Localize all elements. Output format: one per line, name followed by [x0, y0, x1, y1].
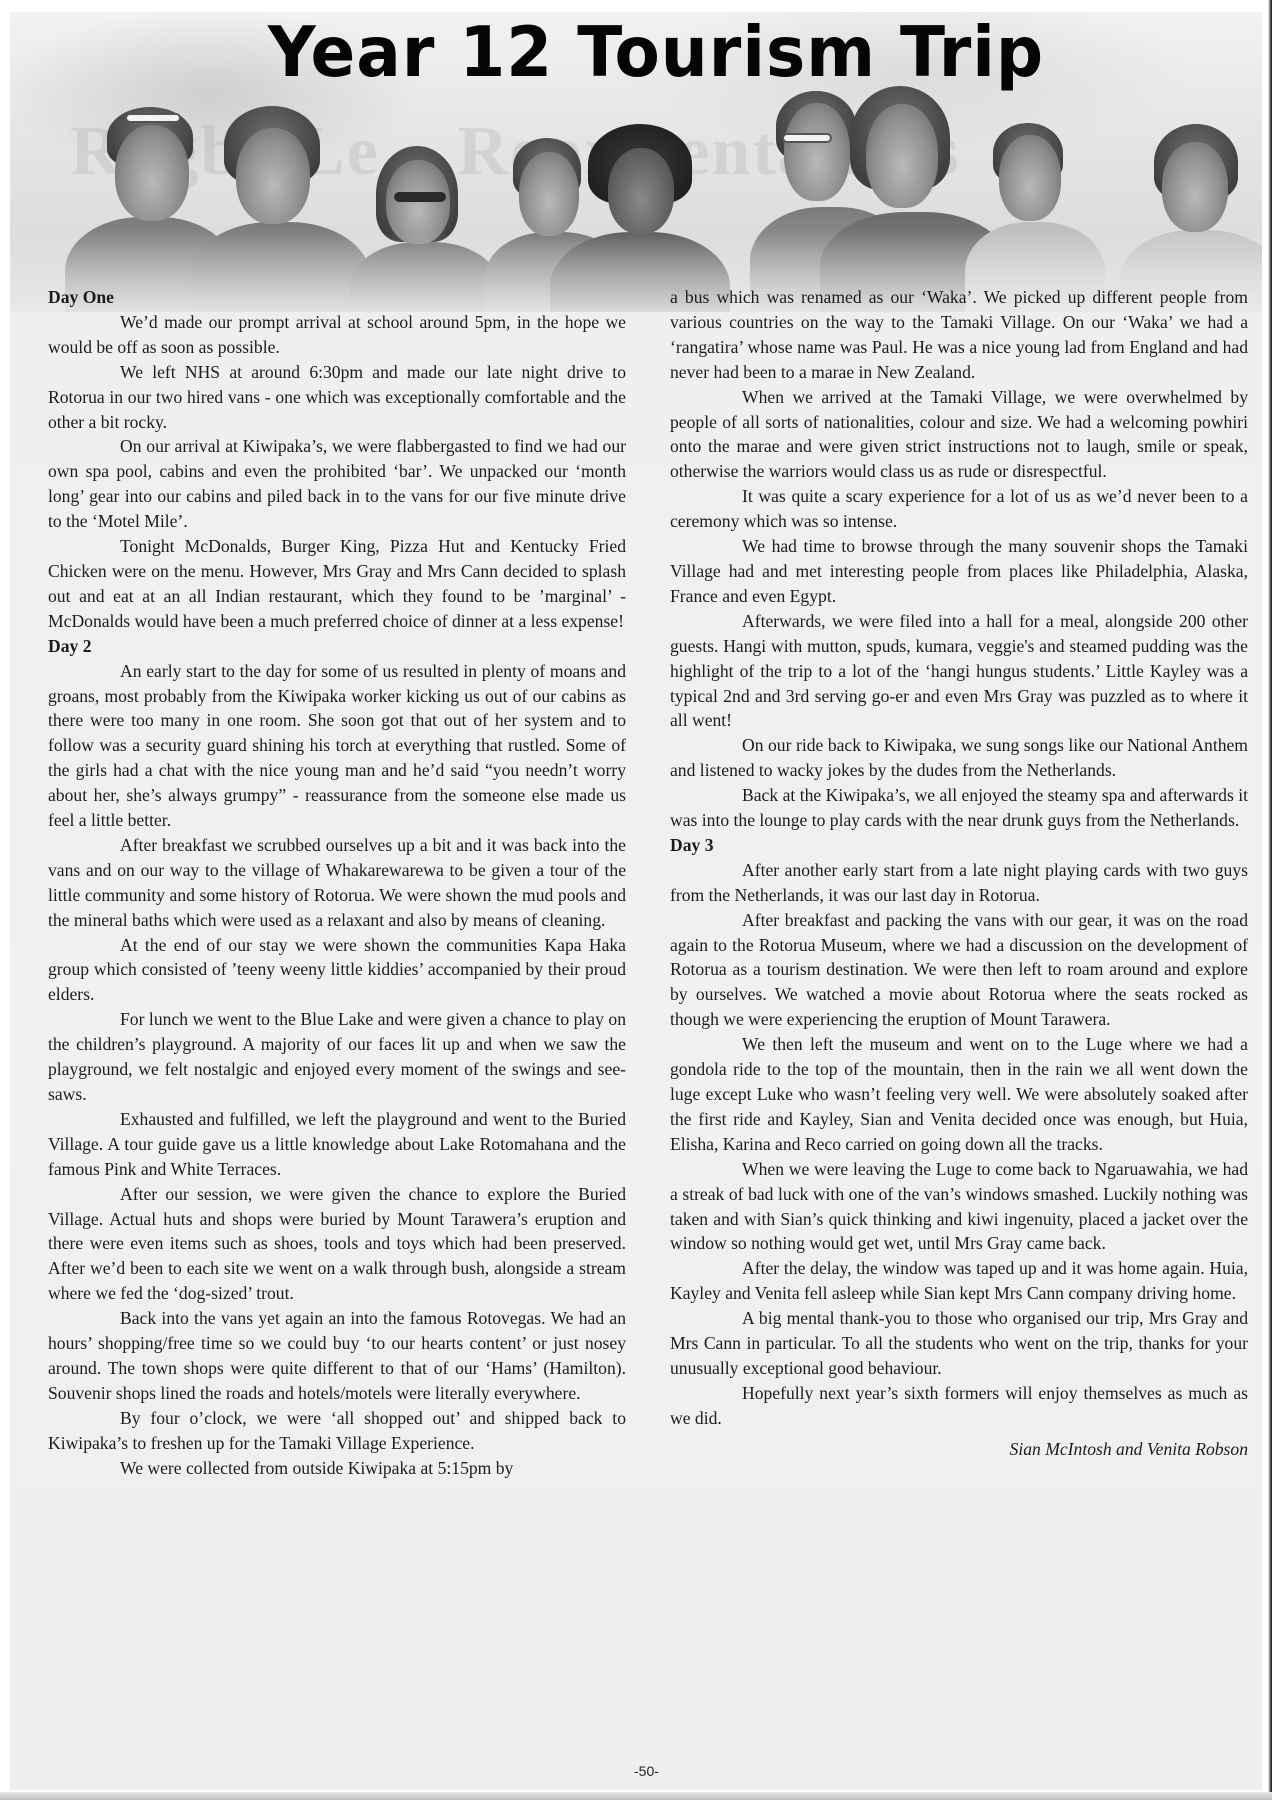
author-byline: Sian McIntosh and Venita Robson — [670, 1437, 1248, 1462]
paragraph: We left NHS at around 6:30pm and made ou… — [48, 360, 626, 435]
paragraph: We’d made our prompt arrival at school a… — [48, 310, 626, 360]
paragraph: We were collected from outside Kiwipaka … — [48, 1456, 626, 1481]
page-title: Year 12 Tourism Trip — [10, 18, 1262, 87]
paragraph: After another early start from a late ni… — [670, 858, 1248, 908]
paragraph: After the delay, the window was taped up… — [670, 1256, 1248, 1306]
paragraph: By four o’clock, we were ‘all shopped ou… — [48, 1406, 626, 1456]
paragraph: It was quite a scary experience for a lo… — [670, 484, 1248, 534]
paragraph: When we arrived at the Tamaki Village, w… — [670, 385, 1248, 485]
paragraph: When we were leaving the Luge to come ba… — [670, 1157, 1248, 1257]
left-column: Day One We’d made our prompt arrival at … — [48, 285, 626, 1481]
paragraph: Exhausted and fulfilled, we left the pla… — [48, 1107, 626, 1182]
right-column: a bus which was renamed as our ‘Waka’. W… — [670, 285, 1248, 1462]
paragraph: On our arrival at Kiwipaka’s, we were fl… — [48, 434, 626, 534]
page-edge — [0, 1792, 1272, 1800]
paragraph: a bus which was renamed as our ‘Waka’. W… — [670, 285, 1248, 385]
paragraph: We had time to browse through the many s… — [670, 534, 1248, 609]
paragraph: After breakfast we scrubbed ourselves up… — [48, 833, 626, 933]
paragraph: Tonight McDonalds, Burger King, Pizza Hu… — [48, 534, 626, 634]
paragraph: After breakfast and packing the vans wit… — [670, 908, 1248, 1033]
section-heading-day-one: Day One — [48, 285, 626, 310]
paragraph: After our session, we were given the cha… — [48, 1182, 626, 1307]
paragraph: Hopefully next year’s sixth formers will… — [670, 1381, 1248, 1431]
paragraph: Afterwards, we were filed into a hall fo… — [670, 609, 1248, 734]
document-page: Rugby Le... Representatives — [10, 12, 1262, 1790]
paragraph: At the end of our stay we were shown the… — [48, 933, 626, 1008]
paragraph: We then left the museum and went on to t… — [670, 1032, 1248, 1157]
page-edge — [1268, 0, 1272, 1800]
section-heading-day-2: Day 2 — [48, 634, 626, 659]
paragraph: Back at the Kiwipaka’s, we all enjoyed t… — [670, 783, 1248, 833]
paragraph: On our ride back to Kiwipaka, we sung so… — [670, 733, 1248, 783]
page-number: -50- — [634, 1763, 659, 1779]
section-heading-day-3: Day 3 — [670, 833, 1248, 858]
paragraph: Back into the vans yet again an into the… — [48, 1306, 626, 1406]
paragraph: A big mental thank-you to those who orga… — [670, 1306, 1248, 1381]
paragraph: For lunch we went to the Blue Lake and w… — [48, 1007, 626, 1107]
paragraph: An early start to the day for some of us… — [48, 659, 626, 833]
